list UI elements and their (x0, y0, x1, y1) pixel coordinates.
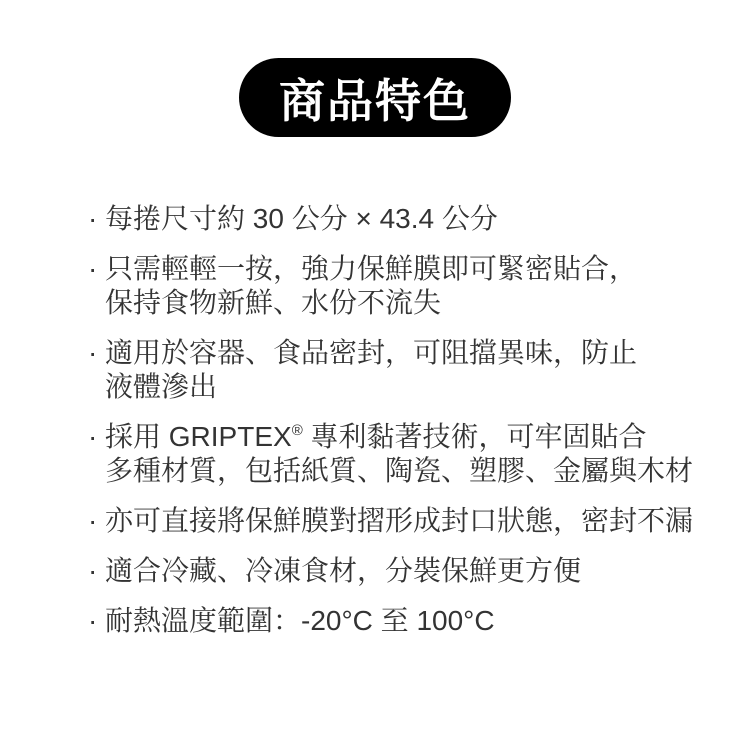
feature-line: 適用於容器、食品密封，可阻擋異味，防止 (105, 336, 637, 370)
griptex-text-post: 專利黏著技術，可牢固貼合 (303, 421, 647, 452)
bullet-dot: · (88, 336, 105, 370)
feature-item-griptex: · 採用 GRIPTEX® 專利黏著技術，可牢固貼合 多種材質，包括紙質、陶瓷、… (88, 420, 720, 488)
feature-item-container-seal: · 適用於容器、食品密封，可阻擋異味，防止 液體滲出 (88, 336, 720, 404)
feature-item-press-seal: · 只需輕輕一按，強力保鮮膜即可緊密貼合， 保持食物新鮮、水份不流失 (88, 252, 720, 320)
section-title: 商品特色 (279, 65, 471, 131)
feature-item-dimensions: · 每捲尺寸約 30 公分 × 43.4 公分 (88, 202, 720, 236)
feature-text: 適用於容器、食品密封，可阻擋異味，防止 液體滲出 (105, 336, 637, 404)
section-title-badge: 商品特色 (239, 58, 511, 137)
feature-line: 每捲尺寸約 30 公分 × 43.4 公分 (105, 202, 498, 236)
badge-row: 商品特色 (0, 0, 750, 137)
feature-text: 採用 GRIPTEX® 專利黏著技術，可牢固貼合 多種材質，包括紙質、陶瓷、塑膠… (105, 420, 693, 488)
bullet-dot: · (88, 252, 105, 286)
feature-text: 每捲尺寸約 30 公分 × 43.4 公分 (105, 202, 498, 236)
bullet-dot: · (88, 420, 105, 454)
feature-text: 耐熱溫度範圍：-20°C 至 100°C (105, 604, 495, 638)
feature-line: 保持食物新鮮、水份不流失 (105, 286, 637, 320)
registered-trademark-mark: ® (292, 422, 303, 439)
feature-text: 只需輕輕一按，強力保鮮膜即可緊密貼合， 保持食物新鮮、水份不流失 (105, 252, 637, 320)
feature-line: 亦可直接將保鮮膜對摺形成封口狀態，密封不漏 (105, 504, 693, 538)
bullet-dot: · (88, 504, 105, 538)
feature-line: 液體滲出 (105, 370, 637, 404)
feature-text: 適合冷藏、冷凍食材，分裝保鮮更方便 (105, 554, 581, 588)
feature-line: 適合冷藏、冷凍食材，分裝保鮮更方便 (105, 554, 581, 588)
feature-text: 亦可直接將保鮮膜對摺形成封口狀態，密封不漏 (105, 504, 693, 538)
bullet-dot: · (88, 604, 105, 638)
bullet-dot: · (88, 202, 105, 236)
feature-list: · 每捲尺寸約 30 公分 × 43.4 公分 · 只需輕輕一按，強力保鮮膜即可… (88, 202, 720, 638)
bullet-dot: · (88, 554, 105, 588)
feature-line: 多種材質，包括紙質、陶瓷、塑膠、金屬與木材 (105, 454, 693, 488)
feature-item-fridge-freezer: · 適合冷藏、冷凍食材，分裝保鮮更方便 (88, 554, 720, 588)
griptex-text-pre: 採用 GRIPTEX (105, 421, 292, 452)
feature-line: 採用 GRIPTEX® 專利黏著技術，可牢固貼合 (105, 420, 693, 454)
feature-line: 只需輕輕一按，強力保鮮膜即可緊密貼合， (105, 252, 637, 286)
feature-line: 耐熱溫度範圍：-20°C 至 100°C (105, 604, 495, 638)
product-features-panel: 商品特色 · 每捲尺寸約 30 公分 × 43.4 公分 · 只需輕輕一按，強力… (0, 0, 750, 750)
feature-item-fold-seal: · 亦可直接將保鮮膜對摺形成封口狀態，密封不漏 (88, 504, 720, 538)
feature-item-temperature-range: · 耐熱溫度範圍：-20°C 至 100°C (88, 604, 720, 638)
